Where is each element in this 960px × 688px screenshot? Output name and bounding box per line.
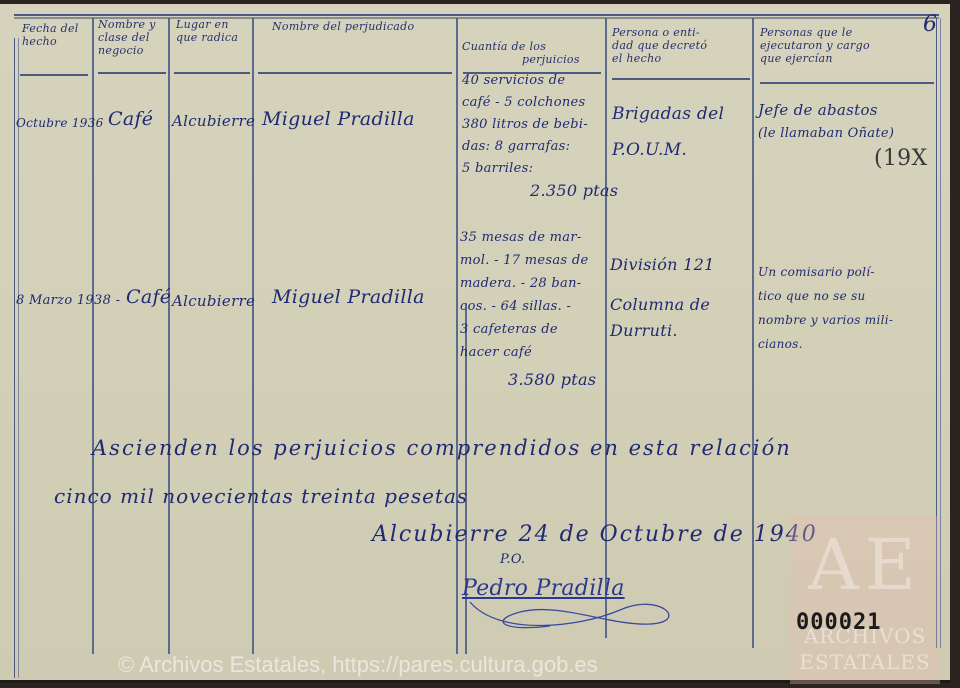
cuantia-total: 3.580 ptas [460, 368, 596, 391]
header-line: Nombre y [98, 18, 156, 31]
header-line: Lugar en [176, 18, 238, 31]
row1-ejecutores: Jefe de abastos (le llamaban Oñate) [758, 98, 894, 146]
header-cuantia: Cuantía de los perjuicios [462, 40, 580, 66]
header-underline [174, 72, 250, 74]
header-line: que ejercían [760, 52, 870, 65]
summary-line-2: cinco mil novecientas treinta pesetas [54, 484, 468, 508]
cuantia-line: café - 5 colchones [462, 92, 618, 114]
entidad-line: División 121 [610, 252, 715, 278]
row1-negocio: Café [108, 108, 153, 130]
row2-ejecutores: Un comisario polí- tico que no se su nom… [758, 260, 893, 356]
row1-fecha: Octubre 1936 [16, 112, 104, 134]
row2-fecha: 8 Marzo 1938 - [16, 290, 120, 312]
po-label: P.O. [500, 552, 525, 567]
signature-flourish-icon [460, 582, 700, 632]
header-underline [258, 72, 452, 74]
ejecutores-line: (le llamaban Oñate) [758, 122, 894, 146]
row2-lugar: Alcubierre [172, 290, 255, 312]
header-fecha: Fecha del hecho [22, 22, 79, 48]
header-line: Fecha del [22, 22, 79, 35]
header-lugar: Lugar en que radica [176, 18, 238, 44]
ejecutores-line: Jefe de abastos [758, 98, 894, 122]
row2-entidad: División 121 Columna de Durruti. [610, 252, 715, 344]
header-underline [98, 72, 166, 74]
row1-cuantia: 40 servicios de café - 5 colchones 380 l… [462, 70, 618, 202]
header-underline [20, 74, 88, 76]
header-line: Nombre del perjudicado [272, 20, 414, 33]
entidad-line: Columna de [610, 292, 715, 318]
copyright-watermark: © Archivos Estatales, https://pares.cult… [118, 652, 598, 678]
cuantia-line: 380 litros de bebi- [462, 114, 618, 136]
column-rule [456, 18, 458, 654]
cuantia-line: 5 barriles: [462, 158, 618, 180]
header-line: ejecutaron y cargo [760, 39, 870, 52]
ejecutores-line: cianos. [758, 332, 893, 356]
header-line: Persona o enti- [612, 26, 707, 39]
place-date: Alcubierre 24 de Octubre de 1940 [372, 522, 818, 547]
header-perjudicado: Nombre del perjudicado [272, 20, 414, 33]
page-number: 6 [923, 12, 937, 37]
column-rule [168, 18, 170, 654]
entidad-line: Brigadas del [612, 96, 724, 132]
cuantia-line: 40 servicios de [462, 70, 618, 92]
entidad-line: P.O.U.M. [612, 132, 724, 168]
header-line: dad que decretó [612, 39, 707, 52]
header-line: perjuicios [462, 53, 580, 66]
column-rule [14, 38, 19, 678]
header-line: Personas que le [760, 26, 870, 39]
top-rule [14, 14, 939, 16]
page-edge [950, 0, 960, 688]
cuantia-line: 35 mesas de mar- [460, 226, 596, 249]
header-line: que radica [176, 31, 238, 44]
header-underline [760, 82, 934, 84]
header-line: Cuantía de los [462, 40, 580, 53]
cuantia-line: das: 8 garrafas: [462, 136, 618, 158]
cuantia-line: madera. - 28 ban- [460, 272, 596, 295]
header-line: clase del [98, 31, 156, 44]
header-line: hecho [22, 35, 79, 48]
header-line: negocio [98, 44, 156, 57]
row1-entidad: Brigadas del P.O.U.M. [612, 96, 724, 168]
row2-negocio: Café [126, 286, 171, 308]
logo-line: ESTATALES [790, 650, 940, 674]
pencil-annotation: (19X [874, 146, 927, 171]
ejecutores-line: Un comisario polí- [758, 260, 893, 284]
header-ejecutores: Personas que le ejecutaron y cargo que e… [760, 26, 870, 65]
cuantia-line: 3 cafeteras de [460, 318, 596, 341]
ejecutores-line: nombre y varios mili- [758, 308, 893, 332]
column-rule [752, 18, 754, 648]
archive-stamp-number: 000021 [796, 610, 881, 635]
header-underline [612, 78, 750, 80]
header-negocio: Nombre y clase del negocio [98, 18, 156, 57]
ejecutores-line: tico que no se su [758, 284, 893, 308]
row1-lugar: Alcubierre [172, 110, 255, 132]
header-entidad: Persona o enti- dad que decretó el hecho [612, 26, 707, 65]
cuantia-line: hacer café [460, 341, 596, 364]
header-line: el hecho [612, 52, 707, 65]
summary-line-1: Ascienden los perjuicios comprendidos en… [92, 436, 792, 460]
cuantia-line: cos. - 64 sillas. - [460, 295, 596, 318]
row2-perjudicado: Miguel Pradilla [272, 286, 425, 308]
cuantia-line: mol. - 17 mesas de [460, 249, 596, 272]
row2-cuantia: 35 mesas de mar- mol. - 17 mesas de made… [460, 226, 596, 391]
archive-logo-watermark: AE ARCHIVOS ESTATALES [790, 516, 940, 684]
cuantia-total: 2.350 ptas [462, 180, 618, 202]
logo-letters: AE [790, 524, 940, 606]
document-page: Fecha del hecho Nombre y clase del negoc… [0, 4, 950, 683]
row1-perjudicado: Miguel Pradilla [262, 108, 415, 130]
entidad-line: Durruti. [610, 318, 715, 344]
